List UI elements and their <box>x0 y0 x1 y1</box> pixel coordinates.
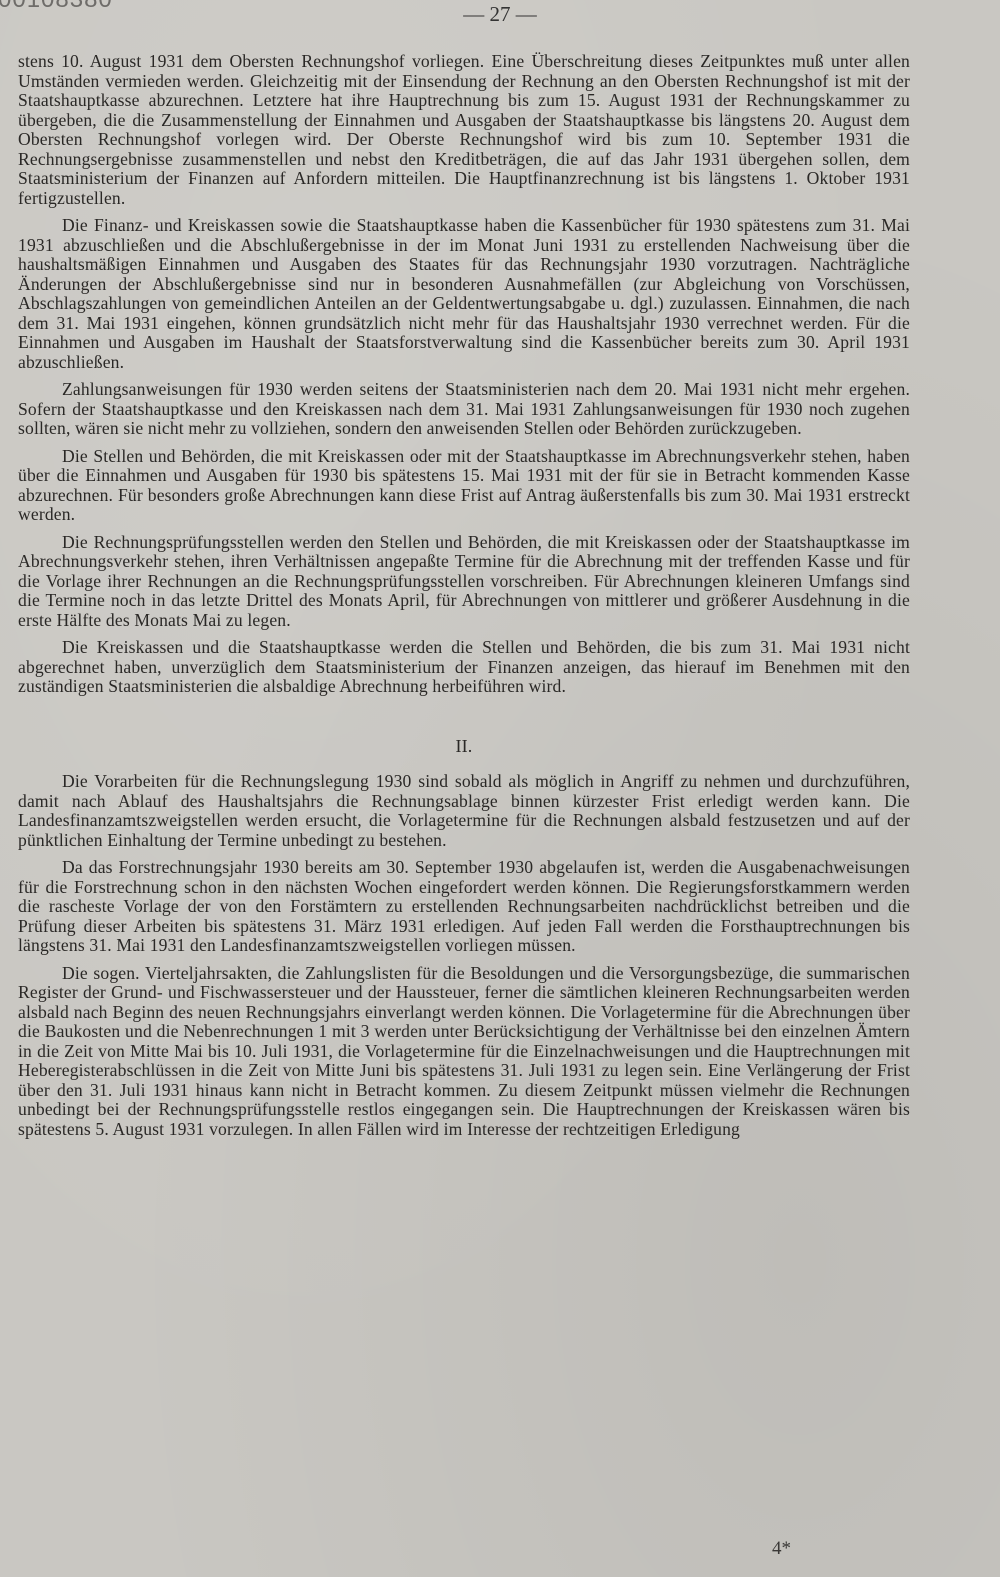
section-heading: II. <box>18 737 910 757</box>
paragraph: Da das Forstrechnungsjahr 1930 bereits a… <box>18 858 910 956</box>
paragraph: Die Kreiskassen und die Staatshauptkasse… <box>18 638 910 697</box>
signature-mark: 4* <box>772 1538 791 1560</box>
document-body: stens 10. August 1931 dem Obersten Rechn… <box>18 52 910 1147</box>
paragraph: Die Rechnungsprüfungsstellen werden den … <box>18 533 910 631</box>
paragraph: Die Vorarbeiten für die Rechnungslegung … <box>18 772 910 850</box>
paragraph: Die Stellen und Behörden, die mit Kreisk… <box>18 447 910 525</box>
page-number: — 27 — <box>0 2 1000 27</box>
paragraph-continuation: stens 10. August 1931 dem Obersten Rechn… <box>18 52 910 208</box>
paragraph: Die sogen. Vierteljahrsakten, die Zahlun… <box>18 964 910 1140</box>
paragraph: Die Finanz- und Kreiskassen sowie die St… <box>18 216 910 372</box>
paragraph: Zahlungsanweisungen für 1930 werden seit… <box>18 380 910 439</box>
